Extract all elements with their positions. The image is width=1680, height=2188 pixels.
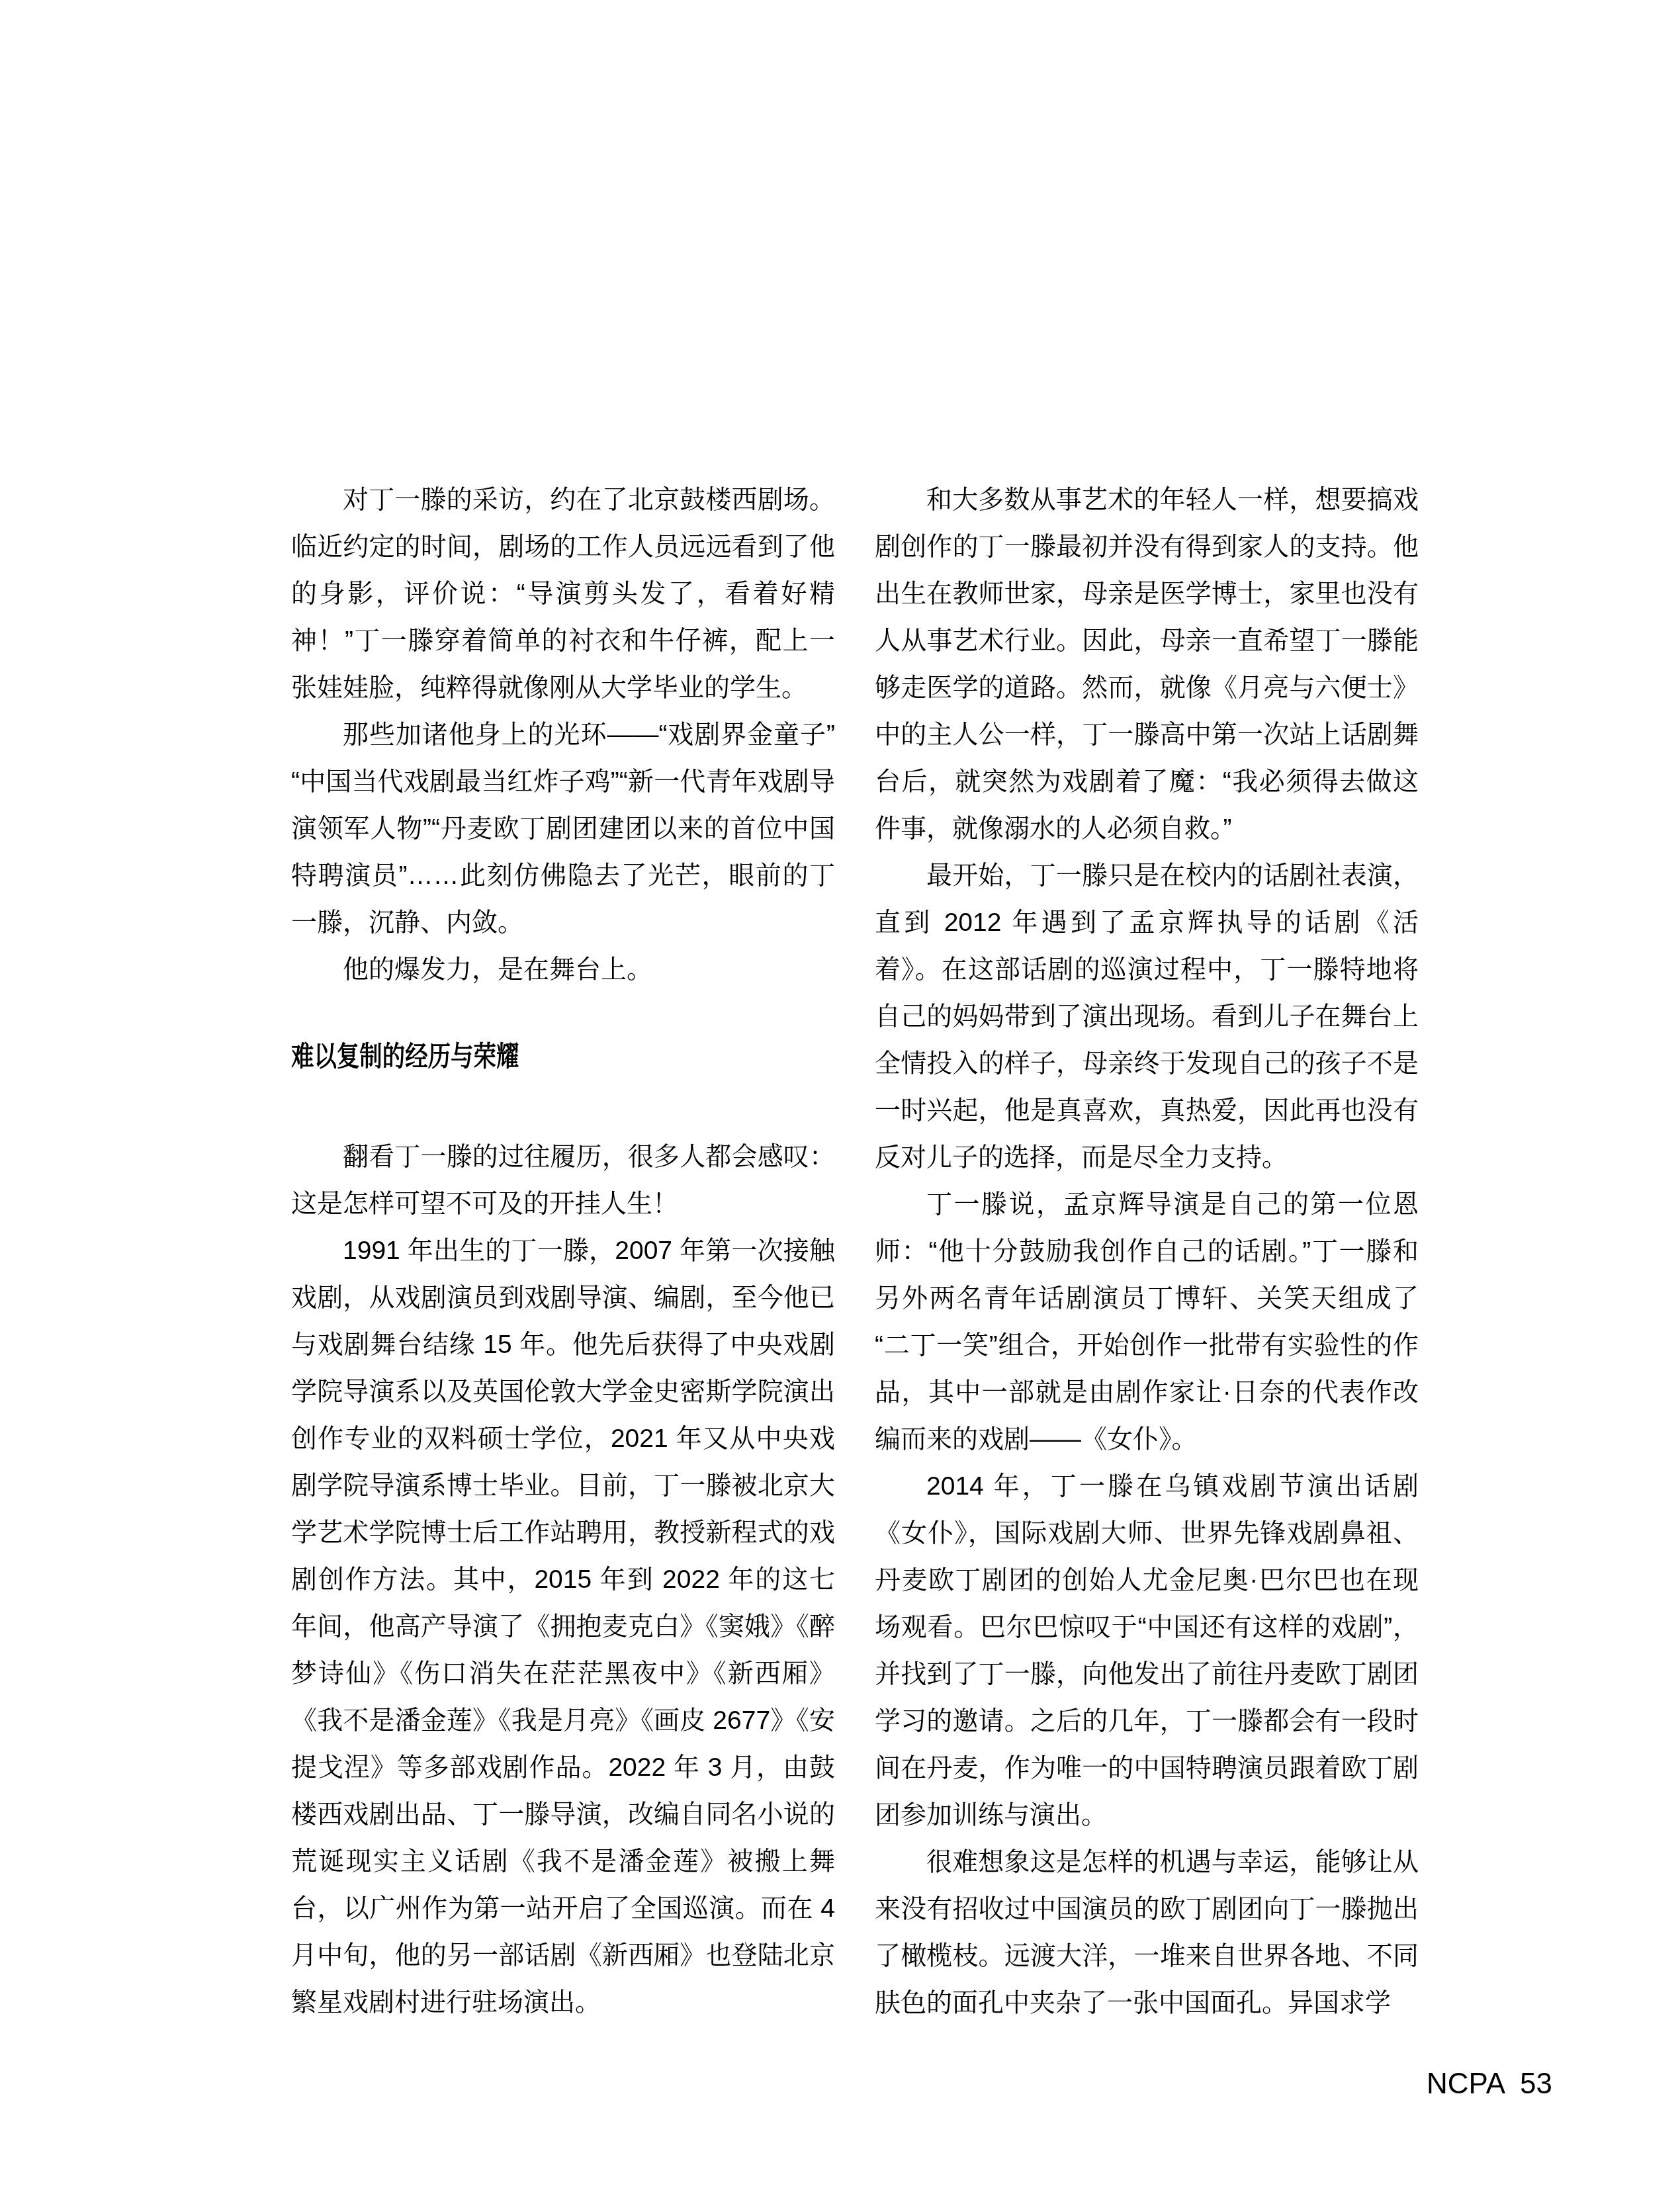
section-heading: 难以复制的经历与荣耀 — [291, 1039, 737, 1074]
body-paragraph: 他的爆发力，是在舞台上。 — [291, 946, 835, 993]
page-footer: NCPA53 — [1427, 2070, 1552, 2099]
right-column: 和大多数从事艺术的年轻人一样，想要搞戏剧创作的丁一滕最初并没有得到家人的支持。他… — [875, 476, 1419, 2027]
magazine-page: 对丁一滕的采访，约在了北京鼓楼西剧场。临近约定的时间，剧场的工作人员远远看到了他… — [0, 0, 1680, 2188]
page-number: 53 — [1520, 2068, 1552, 2100]
body-paragraph: 1991 年出生的丁一滕，2007 年第一次接触戏剧，从戏剧演员到戏剧导演、编剧… — [291, 1227, 835, 2026]
body-paragraph: 翻看丁一滕的过往履历，很多人都会感叹：这是怎样可望不可及的开挂人生！ — [291, 1133, 835, 1227]
body-paragraph: 和大多数从事艺术的年轻人一样，想要搞戏剧创作的丁一滕最初并没有得到家人的支持。他… — [875, 476, 1419, 852]
body-paragraph: 很难想象这是怎样的机遇与幸运，能够让从来没有招收过中国演员的欧丁剧团向丁一滕抛出… — [875, 1839, 1419, 2027]
body-paragraph: 最开始，丁一滕只是在校内的话剧社表演，直到 2012 年遇到了孟京辉执导的话剧《… — [875, 852, 1419, 1181]
body-paragraph: 丁一滕说，孟京辉导演是自己的第一位恩师：“他十分鼓励我创作自己的话剧。”丁一滕和… — [875, 1181, 1419, 1463]
body-paragraph: 那些加诸他身上的光环——“戏剧界金童子”“中国当代戏剧最当红炸子鸡”“新一代青年… — [291, 711, 835, 946]
body-paragraph: 对丁一滕的采访，约在了北京鼓楼西剧场。临近约定的时间，剧场的工作人员远远看到了他… — [291, 476, 835, 711]
magazine-label: NCPA — [1427, 2068, 1505, 2100]
left-column: 对丁一滕的采访，约在了北京鼓楼西剧场。临近约定的时间，剧场的工作人员远远看到了他… — [291, 476, 835, 2026]
body-paragraph: 2014 年，丁一滕在乌镇戏剧节演出话剧《女仆》，国际戏剧大师、世界先锋戏剧鼻祖… — [875, 1463, 1419, 1839]
